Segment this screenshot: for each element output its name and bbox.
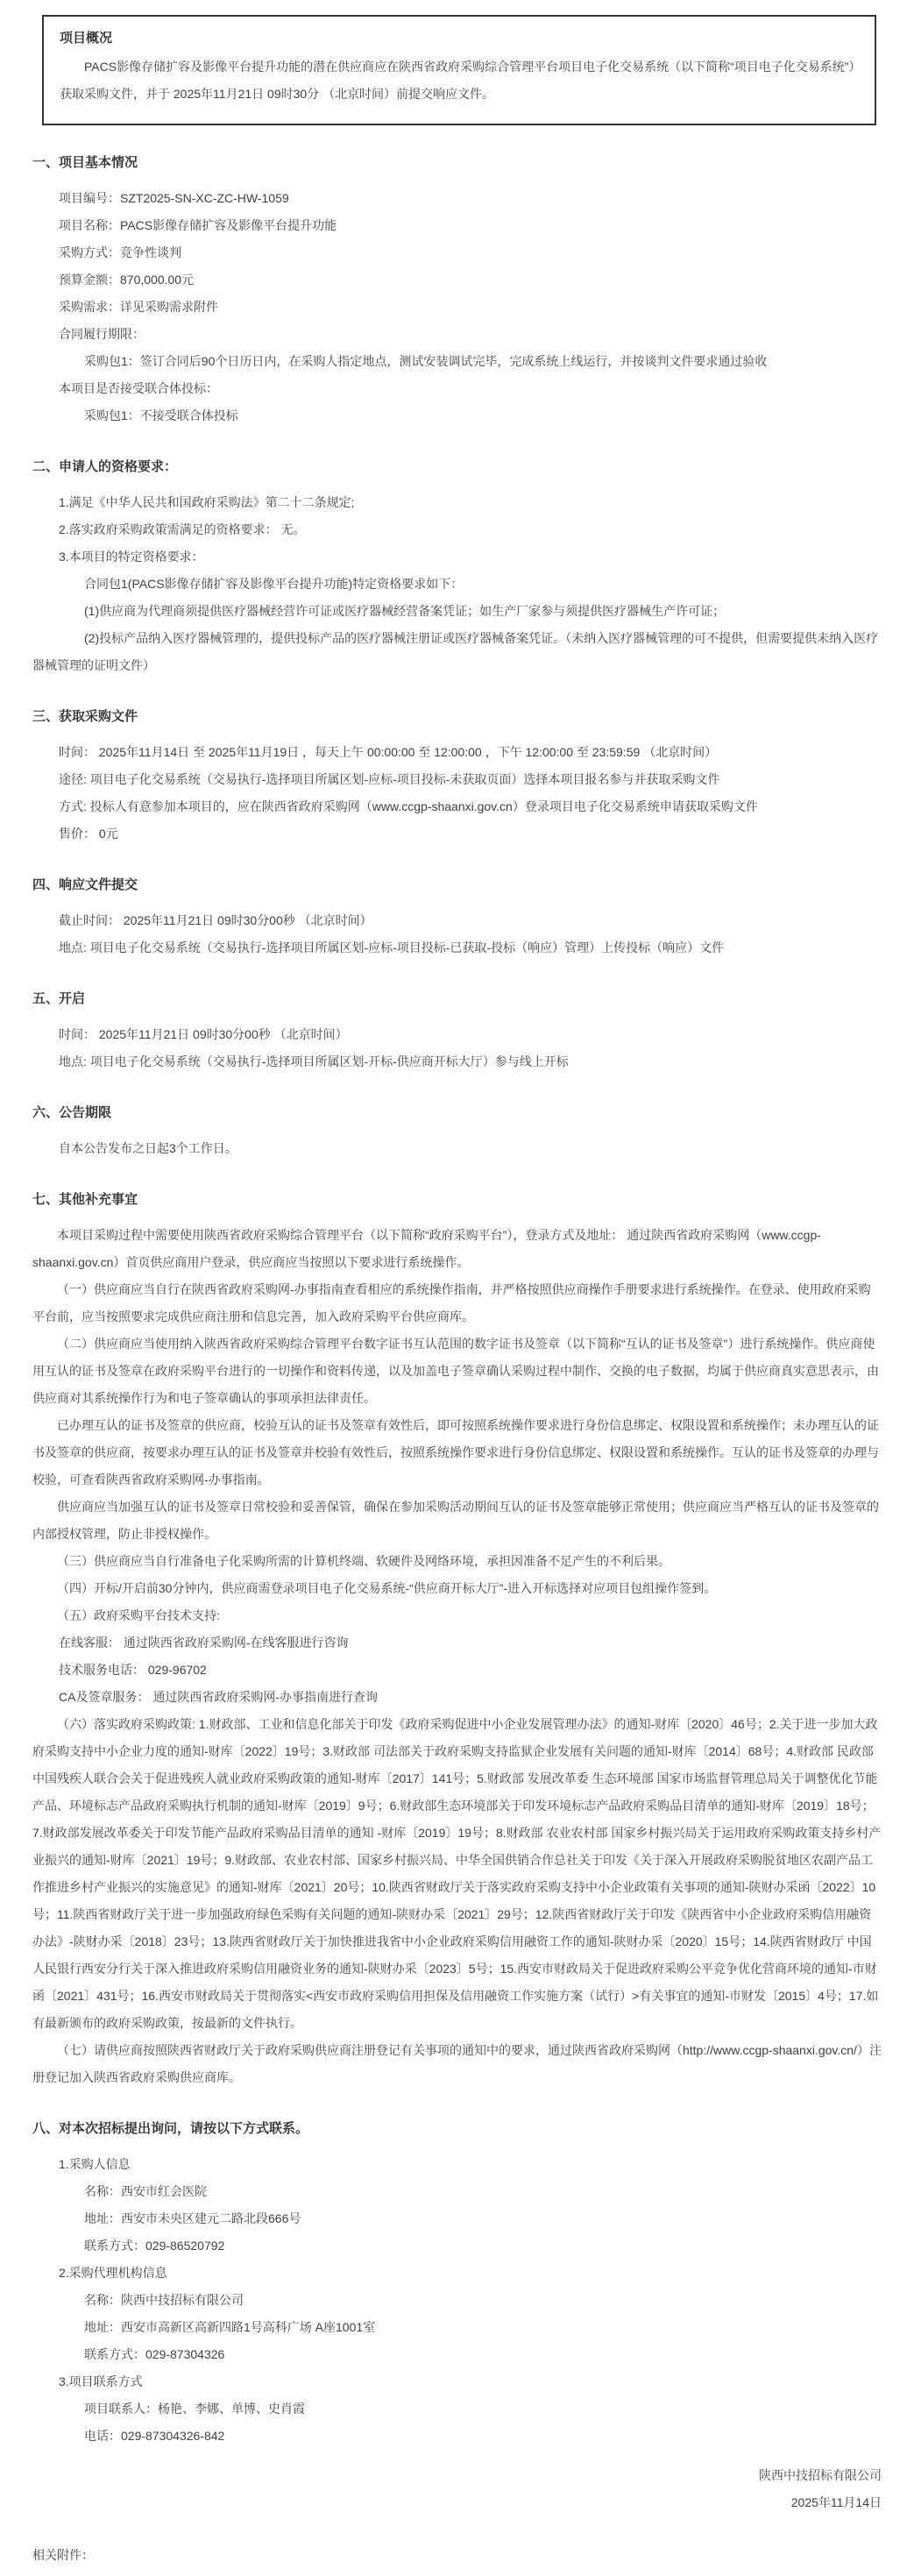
agency-name: 名称：陕西中技招标有限公司 bbox=[32, 2287, 882, 2314]
field-online-service: 在线客服： 通过陕西省政府采购网-在线客服进行咨询 bbox=[32, 1629, 882, 1657]
field-price: 售价： 0元 bbox=[32, 820, 882, 848]
overview-text: PACS影像存储扩容及影像平台提升功能的潜在供应商应在陕西省政府采购综合管理平台… bbox=[60, 53, 861, 108]
field-procurement-demand: 采购需求：详见采购需求附件 bbox=[32, 294, 882, 321]
purchaser-address: 地址：西安市未央区建元二路北段666号 bbox=[32, 2205, 882, 2232]
supplement-item-2b: 已办理互认的证书及签章的供应商，校验互认的证书及签章有效性后，即可按照系统操作要… bbox=[32, 1412, 882, 1494]
supplement-item-1: （一）供应商应当自行在陕西省政府采购网-办事指南查看相应的系统操作指南，并严格按… bbox=[32, 1276, 882, 1331]
field-contract-period-package1: 采购包1：签订合同后90个日历日内，在采购人指定地点，测试安装调试完毕，完成系统… bbox=[32, 348, 882, 375]
supplement-item-2: （二）供应商应当使用纳入陕西省政府采购综合管理平台数字证书互认范围的数字证书及签… bbox=[32, 1331, 882, 1412]
supplement-item-5: （五）政府采购平台技术支持: bbox=[32, 1602, 882, 1629]
signature-company: 陕西中技招标有限公司 bbox=[32, 2462, 882, 2489]
qualification-item-2: 2.落实政府采购政策需满足的资格要求： 无。 bbox=[32, 516, 882, 543]
section-heading: 五、开启 bbox=[32, 990, 882, 1009]
purchaser-info-title: 1.采购人信息 bbox=[32, 2151, 882, 2178]
agency-info-title: 2.采购代理机构信息 bbox=[32, 2260, 882, 2287]
field-consortium-bidding: 本项目是否接受联合体投标： bbox=[32, 375, 882, 402]
field-open-place: 地点: 项目电子化交易系统（交易执行-选择项目所属区划-开标-供应商开标大厅）参… bbox=[32, 1048, 882, 1075]
field-obtain-time: 时间： 2025年11月14日 至 2025年11月19日 ，每天上午 00:0… bbox=[32, 739, 882, 766]
qualification-package1-req2: (2)投标产品纳入医疗器械管理的，提供投标产品的医疗器械注册证或医疗器械备案凭证… bbox=[32, 625, 882, 679]
purchaser-contact: 联系方式：029-86520792 bbox=[32, 2232, 882, 2260]
field-obtain-channel: 途径: 项目电子化交易系统（交易执行-选择项目所属区划-应标-项目投标-未获取页… bbox=[32, 766, 882, 793]
field-ca-service: CA及签章服务： 通过陕西省政府采购网-办事指南进行查询 bbox=[32, 1684, 882, 1711]
field-procurement-method: 采购方式：竞争性谈判 bbox=[32, 239, 882, 266]
agency-address: 地址：西安市高新区高新四路1号高科广场 A座1001室 bbox=[32, 2314, 882, 2341]
project-contact-persons: 项目联系人：杨艳、李娜、单博、史肖霞 bbox=[32, 2395, 882, 2423]
field-submit-deadline: 截止时间： 2025年11月21日 09时30分00秒 （北京时间） bbox=[32, 907, 882, 934]
attachments-label: 相关附件： bbox=[32, 2544, 882, 2565]
field-budget-amount: 预算金额：870,000.00元 bbox=[32, 266, 882, 294]
signature-block: 陕西中技招标有限公司 2025年11月14日 bbox=[32, 2462, 882, 2516]
overview-title: 项目概况 bbox=[60, 27, 861, 50]
qualification-package1-intro: 合同包1(PACS影像存储扩容及影像平台提升功能)特定资格要求如下： bbox=[32, 571, 882, 598]
section-heading: 六、公告期限 bbox=[32, 1103, 882, 1123]
field-announcement-period: 自本公告发布之日起3个工作日。 bbox=[32, 1135, 882, 1162]
qualification-item-1: 1.满足《中华人民共和国政府采购法》第二十二条规定; bbox=[32, 489, 882, 516]
section-heading: 七、其他补充事宜 bbox=[32, 1190, 882, 1210]
supplement-item-6: （六）落实政府采购政策: 1.财政部、工业和信息化部关于印发《政府采购促进中小企… bbox=[32, 1711, 882, 2037]
section-heading: 八、对本次招标提出询问，请按以下方式联系。 bbox=[32, 2119, 882, 2139]
supplement-item-2c: 供应商应当加强互认的证书及签章日常校验和妥善保管，确保在参加采购活动期间互认的证… bbox=[32, 1494, 882, 1548]
supplement-item-4: （四）开标/开启前30分钟内，供应商需登录项目电子化交易系统-“供应商开标大厅”… bbox=[32, 1575, 882, 1602]
section-heading: 一、项目基本情况 bbox=[32, 153, 882, 173]
sections: 一、项目基本情况项目编号：SZT2025-SN-XC-ZC-HW-1059项目名… bbox=[32, 153, 882, 2450]
project-overview-box: 项目概况 PACS影像存储扩容及影像平台提升功能的潜在供应商应在陕西省政府采购综… bbox=[42, 15, 876, 125]
supplement-item-3: （三）供应商应当自行准备电子化采购所需的计算机终端、软硬件及网络环境，承担因准备… bbox=[32, 1548, 882, 1575]
project-contact-title: 3.项目联系方式 bbox=[32, 2368, 882, 2395]
section-heading: 四、响应文件提交 bbox=[32, 876, 882, 895]
project-contact-phone: 电话：029-87304326-842 bbox=[32, 2423, 882, 2450]
field-tech-phone: 技术服务电话： 029-96702 bbox=[32, 1657, 882, 1684]
field-project-number: 项目编号：SZT2025-SN-XC-ZC-HW-1059 bbox=[32, 185, 882, 212]
supplement-item-7: （七）请供应商按照陕西省财政厅关于政府采购供应商注册登记有关事项的通知中的要求，… bbox=[32, 2037, 882, 2091]
announcement-page: 项目概况 PACS影像存储扩容及影像平台提升功能的潜在供应商应在陕西省政府采购综… bbox=[0, 0, 914, 2576]
section-heading: 二、申请人的资格要求： bbox=[32, 458, 882, 477]
qualification-package1-req1: (1)供应商为代理商须提供医疗器械经营许可证或医疗器械经营备案凭证；如生产厂家参… bbox=[32, 598, 882, 625]
field-consortium-package1: 采购包1：不接受联合体投标 bbox=[32, 402, 882, 429]
agency-contact: 联系方式：029-87304326 bbox=[32, 2341, 882, 2368]
purchaser-name: 名称：西安市红会医院 bbox=[32, 2178, 882, 2205]
field-open-time: 时间： 2025年11月21日 09时30分00秒 （北京时间） bbox=[32, 1021, 882, 1048]
field-obtain-method: 方式: 投标人有意参加本项目的，应在陕西省政府采购网（www.ccgp-shaa… bbox=[32, 793, 882, 820]
supplement-intro: 本项目采购过程中需要使用陕西省政府采购综合管理平台（以下简称“政府采购平台”），… bbox=[32, 1222, 882, 1276]
field-contract-period: 合同履行期限： bbox=[32, 321, 882, 348]
field-project-name: 项目名称：PACS影像存储扩容及影像平台提升功能 bbox=[32, 212, 882, 239]
signature-date: 2025年11月14日 bbox=[32, 2489, 882, 2516]
section-heading: 三、获取采购文件 bbox=[32, 707, 882, 727]
field-submit-place: 地点: 项目电子化交易系统（交易执行-选择项目所属区划-应标-项目投标-已获取-… bbox=[32, 934, 882, 962]
qualification-item-3: 3.本项目的特定资格要求： bbox=[32, 543, 882, 571]
